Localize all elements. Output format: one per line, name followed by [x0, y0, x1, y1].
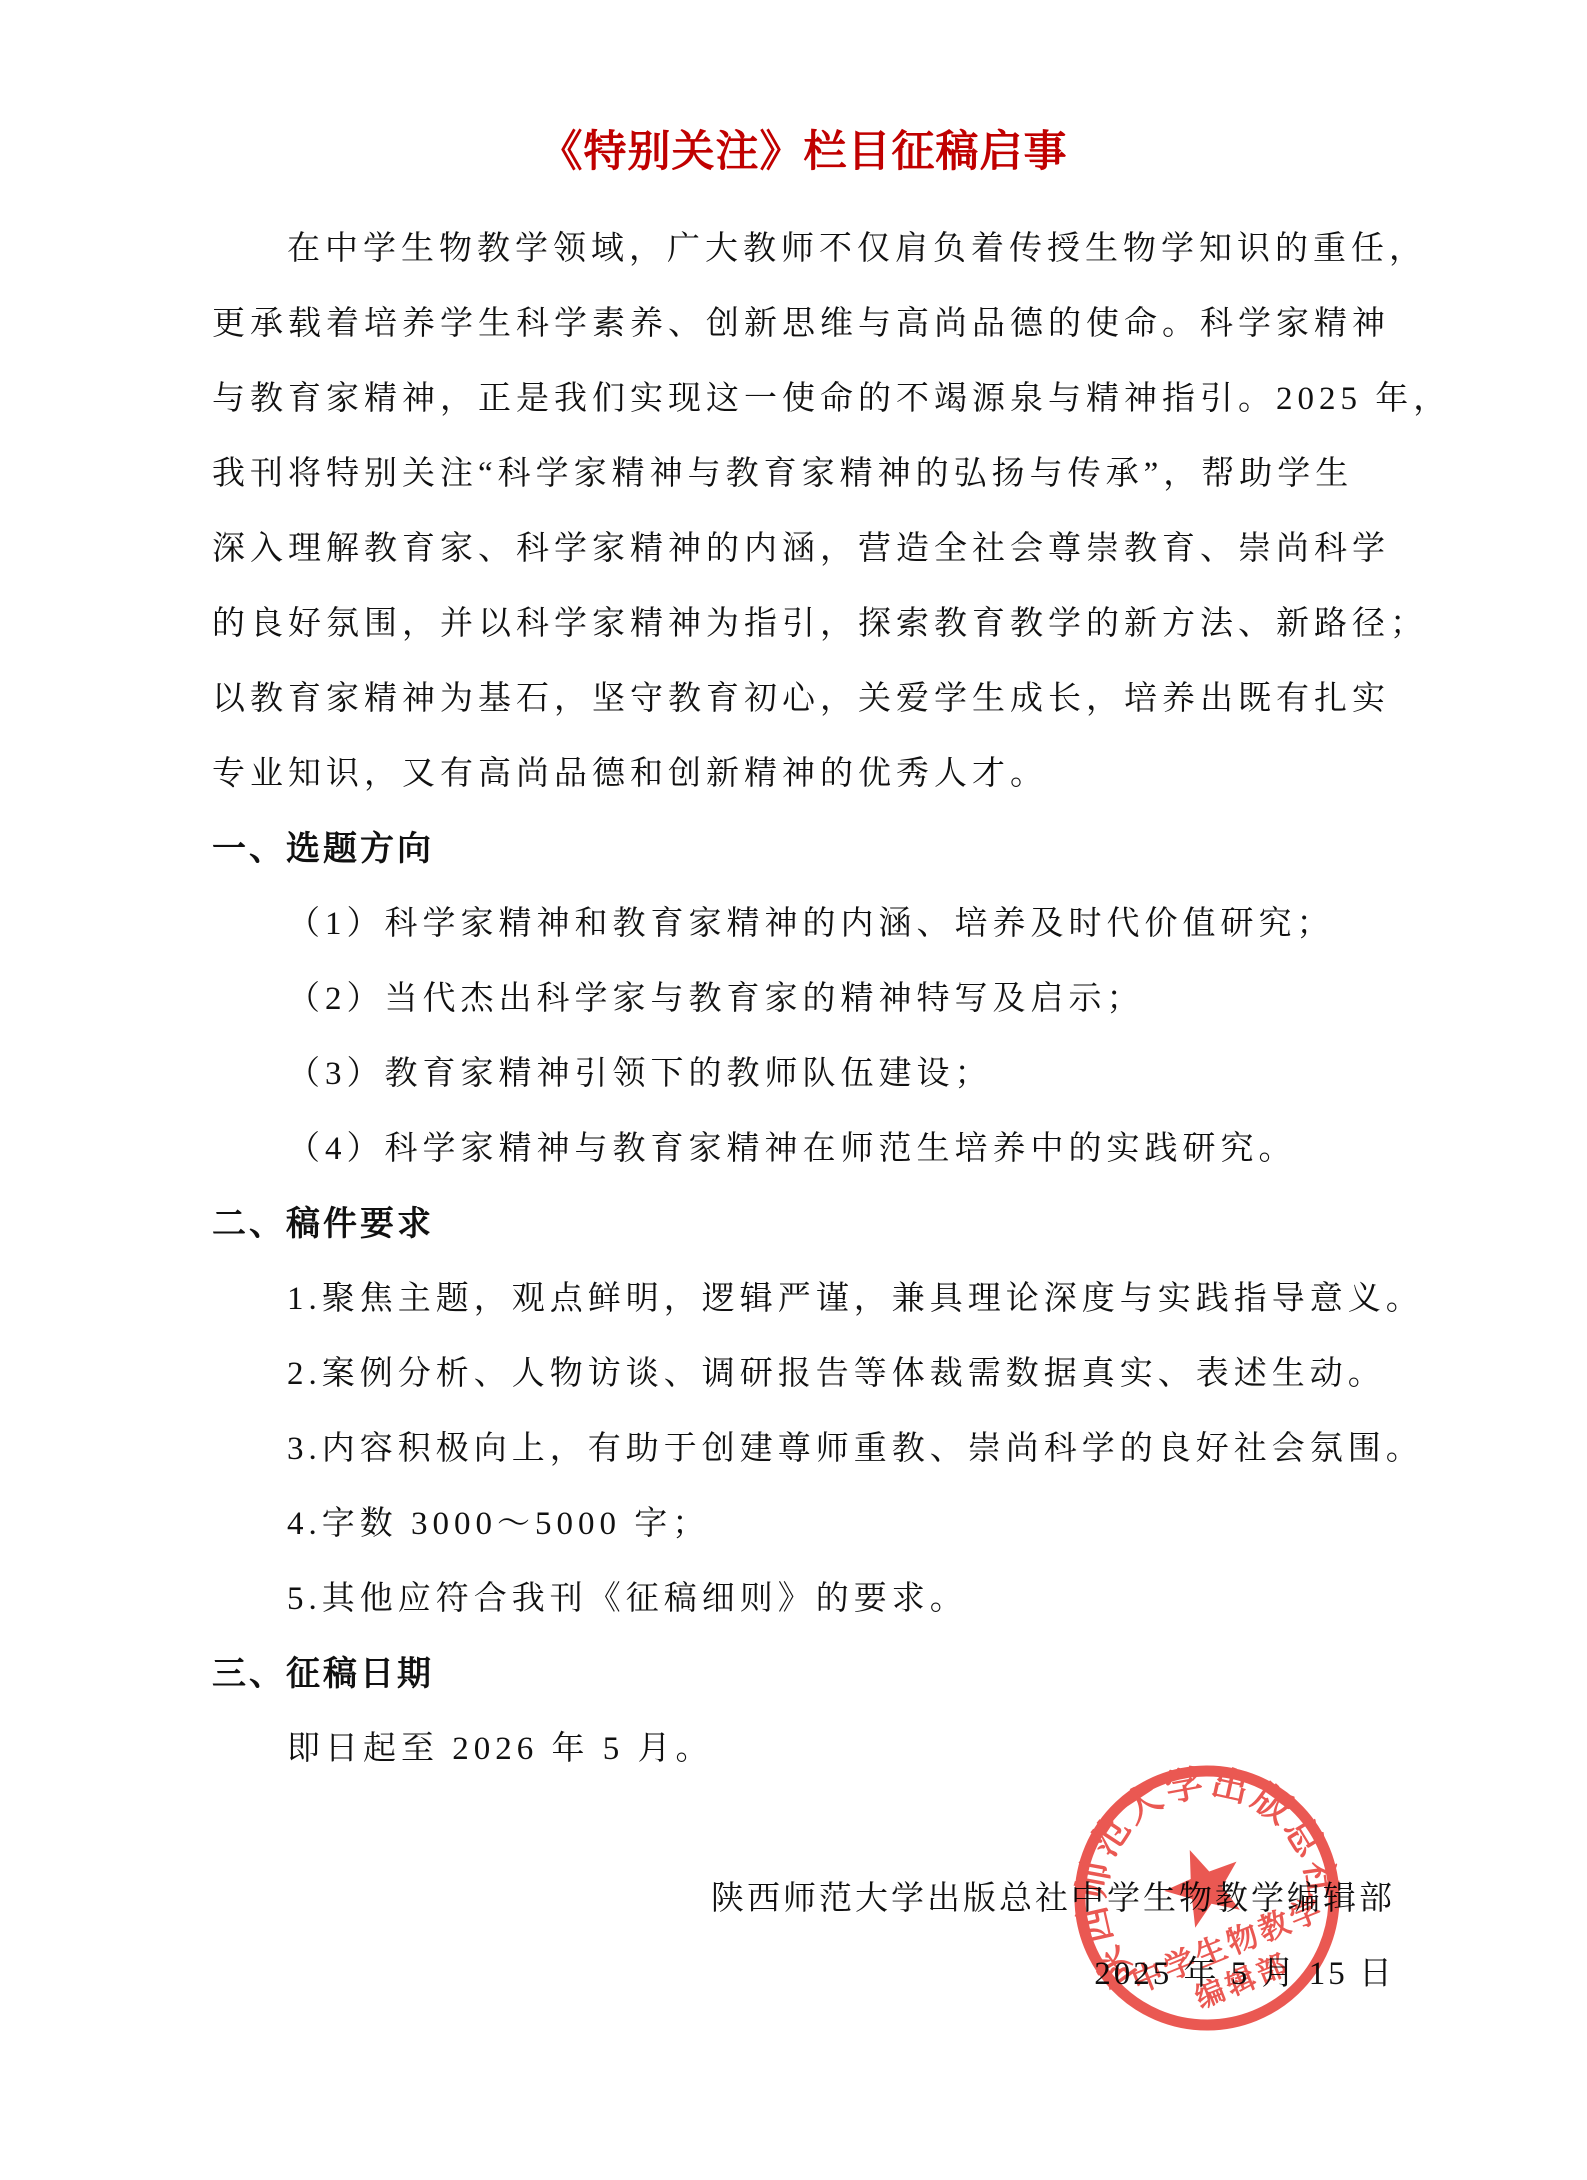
section-heading-deadline: 三、征稿日期	[212, 1637, 1395, 1712]
spacer-line	[212, 1787, 1395, 1862]
topic-item: （3）教育家精神引领下的教师队伍建设；	[212, 1037, 1395, 1112]
intro-line: 的良好氛围，并以科学家精神为指引，探索教育教学的新方法、新路径；	[212, 587, 1395, 662]
date-line: 2025 年 5 月 15 日	[212, 1937, 1395, 2012]
requirement-item: 3.内容积极向上，有助于创建尊师重教、崇尚科学的良好社会氛围。	[212, 1412, 1395, 1487]
requirement-item: 4.字数 3000～5000 字；	[212, 1487, 1395, 1562]
requirement-item: 1.聚焦主题，观点鲜明，逻辑严谨，兼具理论深度与实践指导意义。	[212, 1262, 1395, 1337]
topic-item: （4）科学家精神与教育家精神在师范生培养中的实践研究。	[212, 1112, 1395, 1187]
section-heading-topics: 一、选题方向	[212, 812, 1395, 887]
signature-line: 陕西师范大学出版总社中学生物教学编辑部	[212, 1862, 1395, 1937]
document-body: 《特别关注》栏目征稿启事 在中学生物教学领域，广大教师不仅肩负着传授生物学知识的…	[0, 126, 1587, 2012]
topic-item: （2）当代杰出科学家与教育家的精神特写及启示；	[212, 962, 1395, 1037]
intro-line: 我刊将特别关注“科学家精神与教育家精神的弘扬与传承”，帮助学生	[212, 437, 1395, 512]
intro-line: 与教育家精神，正是我们实现这一使命的不竭源泉与精神指引。2025 年，	[212, 362, 1395, 437]
intro-line: 更承载着培养学生科学素养、创新思维与高尚品德的使命。科学家精神	[212, 287, 1395, 362]
intro-line: 在中学生物教学领域，广大教师不仅肩负着传授生物学知识的重任，	[212, 212, 1395, 287]
intro-line: 专业知识，又有高尚品德和创新精神的优秀人才。	[212, 737, 1395, 812]
intro-line: 以教育家精神为基石，坚守教育初心，关爱学生成长，培养出既有扎实	[212, 662, 1395, 737]
requirement-item: 2.案例分析、人物访谈、调研报告等体裁需数据真实、表述生动。	[212, 1337, 1395, 1412]
requirement-item: 5.其他应符合我刊《征稿细则》的要求。	[212, 1562, 1395, 1637]
document-page: 《特别关注》栏目征稿启事 在中学生物教学领域，广大教师不仅肩负着传授生物学知识的…	[0, 0, 1587, 2180]
topic-item: （1）科学家精神和教育家精神的内涵、培养及时代价值研究；	[212, 887, 1395, 962]
document-content: 在中学生物教学领域，广大教师不仅肩负着传授生物学知识的重任， 更承载着培养学生科…	[212, 212, 1395, 2012]
document-title: 《特别关注》栏目征稿启事	[212, 126, 1395, 180]
intro-line: 深入理解教育家、科学家精神的内涵，营造全社会尊崇教育、崇尚科学	[212, 512, 1395, 587]
section-heading-requirements: 二、稿件要求	[212, 1187, 1395, 1262]
deadline-text: 即日起至 2026 年 5 月。	[212, 1712, 1395, 1787]
